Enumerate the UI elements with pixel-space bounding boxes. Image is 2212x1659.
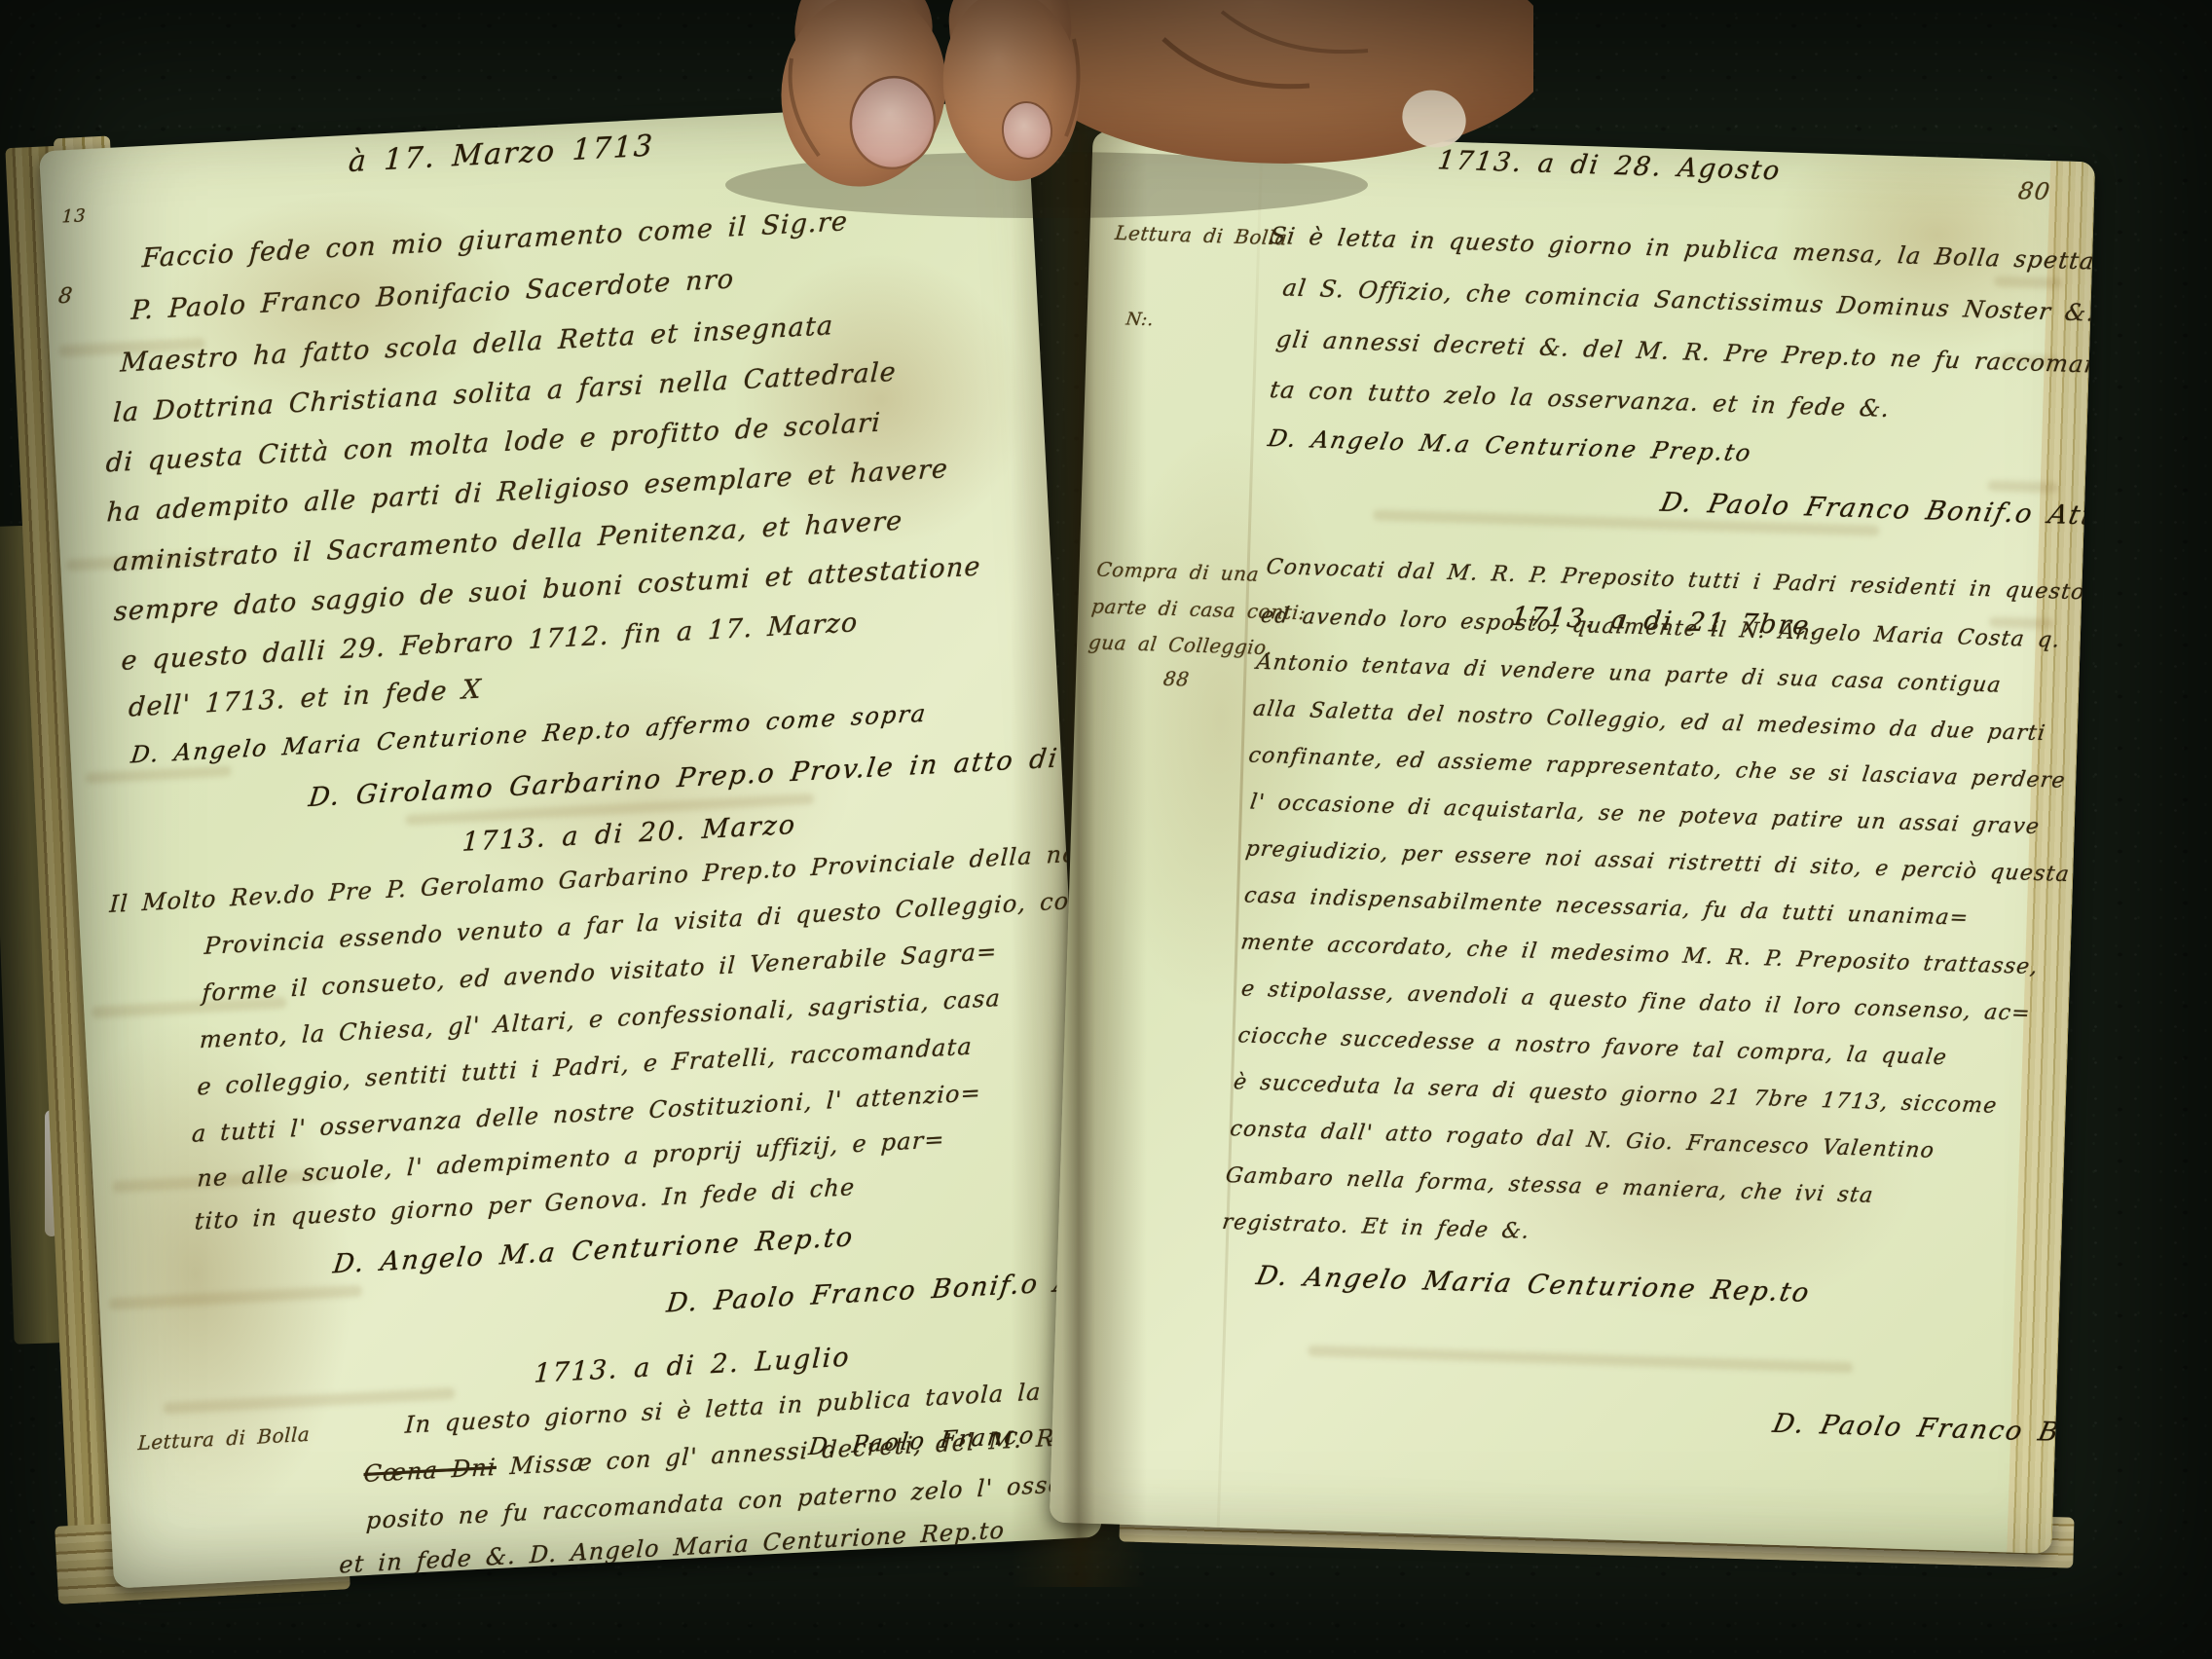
manuscript-line: casa indispensabilmente necessaria, fu d… bbox=[1242, 883, 1971, 930]
left-page: 13 à 17. Marzo 1713 Faccio fede con mio … bbox=[39, 99, 1102, 1588]
corner-mark: 13 bbox=[61, 205, 87, 227]
right-page: 1713. a di 28. Agosto 80 Lettura di Boll… bbox=[1050, 130, 2095, 1554]
hand bbox=[540, 0, 1533, 253]
manuscript-line: e stipolasse, avendoli a questo fine dat… bbox=[1239, 977, 2032, 1025]
margin-note: Compra di una bbox=[1095, 558, 1260, 586]
signature: D. Angelo M.a Centurione Rep.to bbox=[331, 1222, 856, 1279]
signature: D. Paolo Franco Bonif.o Att.rio bbox=[665, 1263, 1102, 1318]
entry-date-heading: 1713. a di 2. Luglio bbox=[534, 1343, 852, 1389]
folio-number: 80 bbox=[2016, 177, 2052, 205]
margin-mark: N:. bbox=[1124, 309, 1155, 330]
manuscript-line: alla Saletta del nostro Colleggio, ed al… bbox=[1251, 697, 2046, 746]
margin-note: Lettura di Bolla bbox=[137, 1422, 311, 1455]
signature: D. Paolo Franco Bonif.o Att.rio bbox=[1658, 488, 2095, 533]
manuscript-line: confinante, ed assieme rappresentato, ch… bbox=[1247, 744, 2067, 793]
struck-text: Cœna Dni bbox=[363, 1454, 498, 1488]
manuscript-line: mente accordato, che il medesimo M. R. P… bbox=[1239, 930, 2040, 979]
manuscript-line: l' occasione di acquistarla, se ne potev… bbox=[1248, 791, 2041, 839]
margin-mark: 8 bbox=[57, 284, 75, 309]
margin-note: gua al Colleggio. bbox=[1088, 630, 1274, 659]
manuscript-line: pregiudizio, per essere noi assai ristre… bbox=[1244, 837, 2072, 888]
manuscript-line: consta dall' atto rogato dal N. Gio. Fra… bbox=[1229, 1117, 1936, 1163]
manuscript-line: gli annessi decreti &. del M. R. Pre Pre… bbox=[1274, 325, 2095, 380]
manuscript-line: Antonio tentava di vendere una parte di … bbox=[1255, 650, 2003, 698]
manuscript-line: dell' 1713. et in fede X bbox=[128, 674, 482, 722]
manuscript-line: Gambaro nella forma, stessa e maniera, c… bbox=[1224, 1163, 1875, 1208]
entry-date-heading: 1713. a di 20. Marzo bbox=[461, 810, 797, 858]
margin-note: 88 bbox=[1162, 667, 1191, 691]
manuscript-line: registrato. Et in fede &. bbox=[1221, 1210, 1531, 1244]
manuscript-line: è succeduta la sera di questo giorno 21 … bbox=[1232, 1070, 1999, 1119]
signature: D. Angelo Maria Centurione Rep.to bbox=[1254, 1261, 1814, 1309]
manuscript-line: al S. Offizio, che comincia Sanctissimus… bbox=[1281, 274, 2095, 328]
signature: D. Angelo M.a Centurione Prep.to bbox=[1266, 424, 1754, 466]
manuscript-line: Convocati dal M. R. P. Preposito tutti i… bbox=[1265, 555, 2095, 609]
manuscript-line: ta con tutto zelo la osservanza. et in f… bbox=[1269, 376, 1893, 423]
manuscript-line: ciocche succedesse a nostro favore tal c… bbox=[1236, 1023, 1949, 1070]
manuscript-line: P. Paolo Franco Bonifacio Sacerdote nro bbox=[130, 264, 735, 326]
